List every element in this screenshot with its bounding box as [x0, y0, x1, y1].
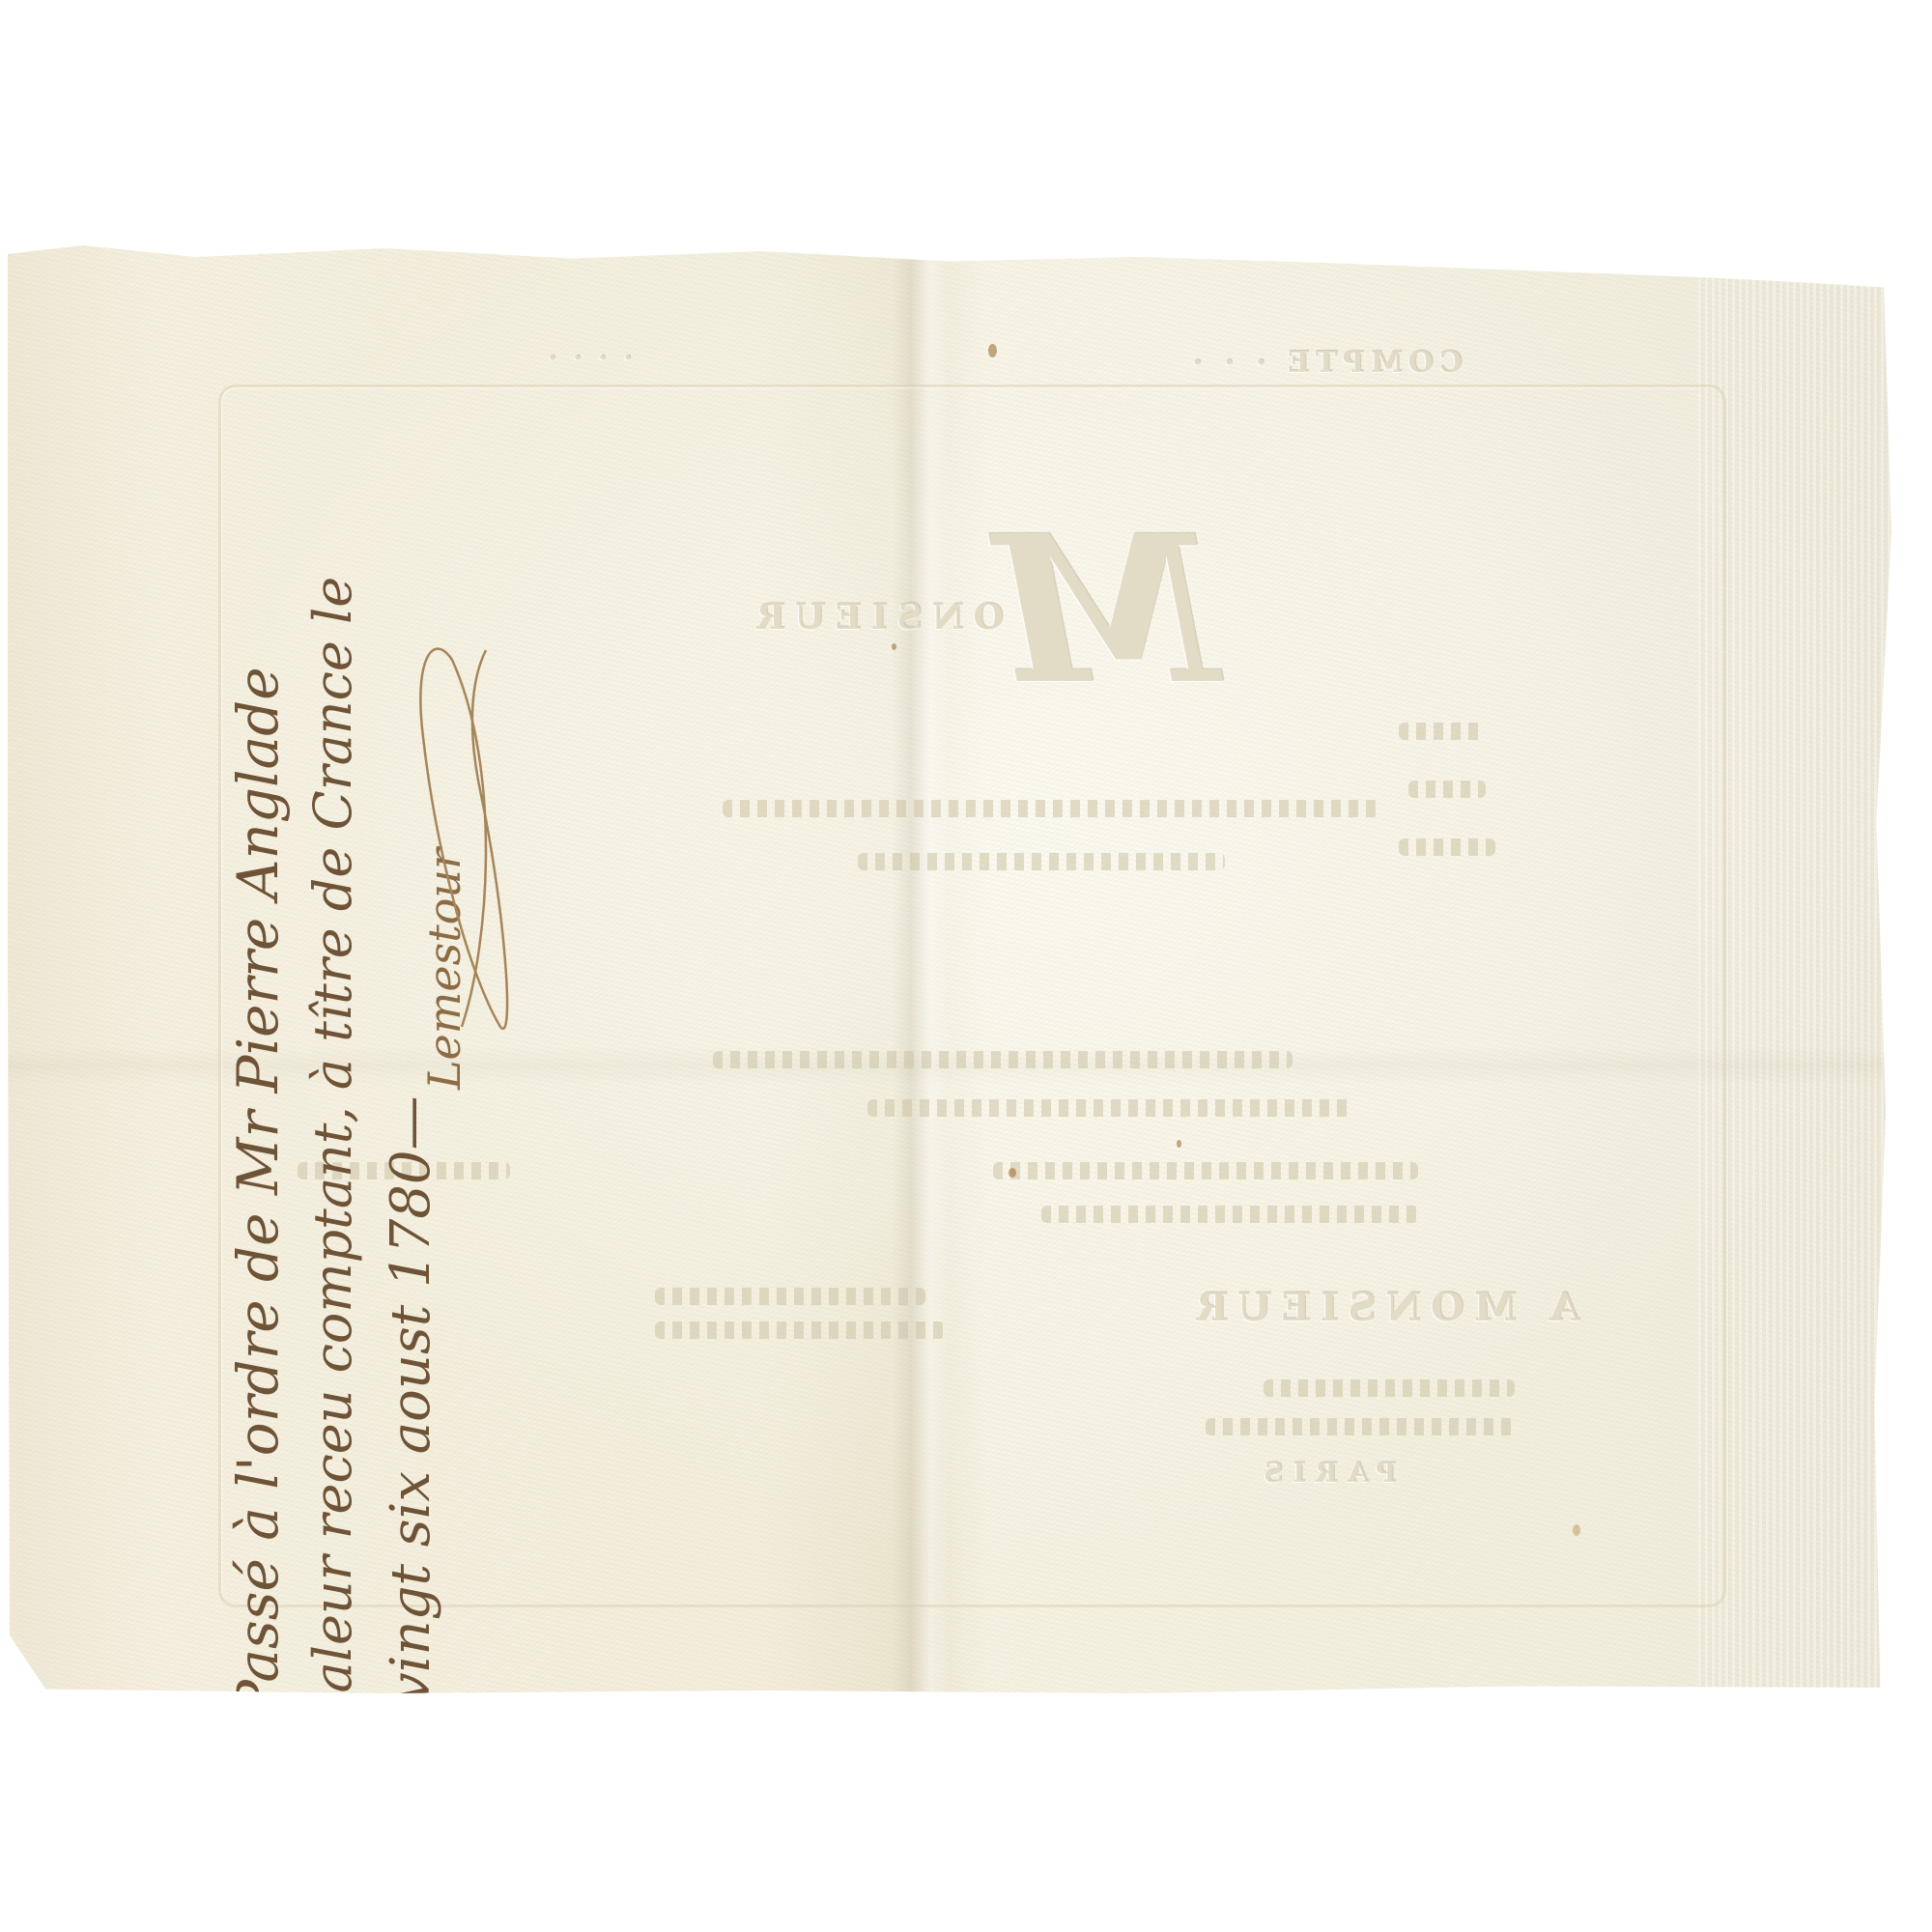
- ink-spot: [988, 344, 997, 357]
- embossed-city: PARIS: [1254, 1457, 1396, 1489]
- endorsement-line-1: Passé à l'ordre de Mr Pierre Anglade: [225, 667, 291, 1718]
- foxing-spot: [1573, 1524, 1580, 1536]
- embossed-line: [655, 1288, 925, 1305]
- foxing-spot: [1009, 1168, 1016, 1178]
- embossed-line: [713, 1051, 1293, 1068]
- embossed-header-text: COMPTE · · ·: [1186, 346, 1463, 380]
- embossed-line: [1399, 838, 1495, 856]
- embossed-line: [858, 853, 1225, 870]
- ink-dot: [1177, 1140, 1181, 1148]
- embossed-line: [1408, 781, 1486, 798]
- signature-paraph-flourish: [394, 621, 520, 1046]
- embossed-line: [867, 1099, 1350, 1117]
- ink-dot: [892, 643, 896, 650]
- embossed-line: [1206, 1418, 1515, 1435]
- embossed-line: [655, 1321, 945, 1339]
- embossed-salutation: ONSIEUR: [747, 597, 1004, 638]
- embossed-header-text-left: · · · ·: [544, 344, 632, 373]
- deckle-edge: [1698, 240, 1891, 1693]
- endorsement-line-2: valeur receu comptant, à tître de Crance…: [302, 577, 363, 1722]
- embossed-line: [1041, 1206, 1418, 1223]
- embossed-line: [1399, 723, 1486, 740]
- document-paper: COMPTE · · · · · · · M ONSIEUR A MONSIEU…: [8, 240, 1891, 1693]
- endorsement-line-3: vingt six aoust 1780—: [380, 1095, 442, 1703]
- embossed-line: [723, 800, 1379, 817]
- embossed-line: [993, 1162, 1418, 1179]
- embossed-line: [1264, 1379, 1515, 1397]
- embossed-address-heading: A MONSIEUR: [1186, 1285, 1579, 1330]
- embossed-initial-m: M: [993, 491, 1217, 729]
